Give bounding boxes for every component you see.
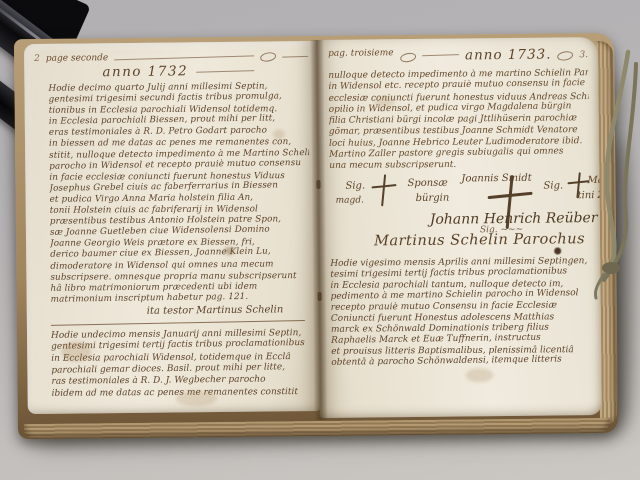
open-register-book: 2 page seconde anno 1732 Hodie decimo qu… — [14, 33, 618, 439]
cord-knot — [602, 262, 620, 274]
cord-strand — [595, 274, 604, 298]
right-page-content: pag. troisieme anno 1733. 3. nulloque de… — [328, 43, 591, 368]
handwritten-line: una mecum subscripserunt. — [329, 159, 589, 172]
right-page: pag. troisieme anno 1733. 3. nulloque de… — [316, 37, 602, 418]
year-heading-row: anno 1732 — [48, 62, 308, 81]
photo-scene: 2 page seconde anno 1732 Hodie decimo qu… — [0, 0, 640, 480]
stain-spot — [273, 129, 285, 139]
page-label: pag. troisieme — [328, 48, 394, 59]
attestation-line: ita testor Martinus Schelin — [147, 304, 311, 317]
year-heading: anno 1732 — [102, 63, 188, 80]
binding-stitch — [316, 180, 320, 189]
binding-cords — [584, 38, 640, 306]
handwritten-line: subscripsere. omnesque propria manu subs… — [50, 271, 310, 284]
leaf-number: 2 — [34, 54, 40, 64]
entry-divider-rule — [51, 320, 305, 326]
bride-mark-caption: magd. — [336, 195, 364, 205]
signature-name: Johann Henrich Reüber — [430, 210, 598, 228]
stain-spot — [176, 390, 218, 406]
marriage-entry-april-1733: Hodie vigesimo mensis Aprilis anni mille… — [330, 256, 591, 369]
marriage-entry-1732: Hodie decimo quarto Julij anni millesimi… — [48, 81, 310, 306]
ink-flourish-oval — [557, 50, 574, 62]
bride-caption-line: bürgin — [416, 192, 450, 203]
marriage-entry-1733-start: Hodie undecimo mensis Januarij anni mill… — [51, 328, 312, 400]
ink-flourish-line — [114, 55, 254, 60]
page-label: page seconde — [46, 53, 108, 64]
handwritten-line: Coniuncti fuerunt Honestus adolescens Ma… — [331, 312, 591, 325]
handwritten-line: in Widensol etc. recepto prauiè mutuo co… — [328, 78, 588, 93]
ink-flourish-line — [422, 54, 459, 56]
left-page: 2 page seconde anno 1732 Hodie decimo qu… — [24, 41, 320, 414]
ink-flourish-oval — [399, 52, 416, 64]
stain-spot — [224, 247, 234, 255]
signature-label: Sig. — [345, 180, 365, 191]
binding-stitch — [318, 292, 322, 301]
signature-name: Martinus Schelin Parochus — [374, 231, 585, 249]
marriage-entry-1733-continued: nulloque detecto impedimento à me martin… — [328, 68, 589, 172]
right-page-header: pag. troisieme anno 1733. 3. — [328, 43, 588, 65]
ink-flourish-oval — [259, 51, 276, 63]
bride-caption-line: Sponsæ — [407, 177, 447, 188]
handwritten-line: tonii Holstein ciuis ac fabriferarij in … — [50, 204, 310, 217]
stain-spot — [465, 368, 493, 382]
ink-flourish-line — [282, 55, 308, 57]
ink-blot — [554, 247, 561, 254]
signature-area: Sig. magd. Sponsæ bürgin Joannis Smidt S… — [329, 172, 590, 259]
signature-label: Sig. — [543, 180, 563, 191]
signature-cross-mark — [373, 174, 393, 206]
year-heading: anno 1733. — [465, 47, 552, 64]
ink-flourish-line — [196, 70, 254, 73]
